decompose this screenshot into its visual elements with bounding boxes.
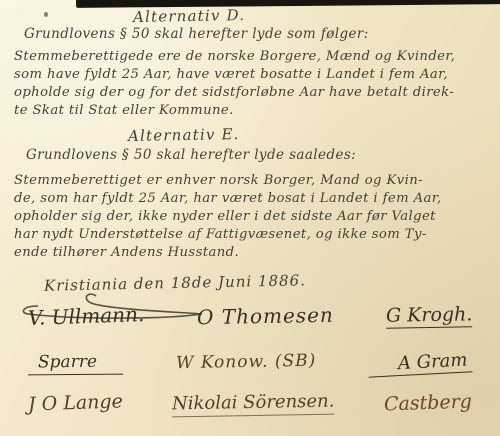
signature-text: Sparre [28, 352, 123, 376]
section-d-intro: Grundlovens § 50 skal herefter lyde som … [24, 26, 369, 42]
signature-row: V. Ullmann. O Thomesen G Krogh. [0, 304, 500, 328]
signature-text: G Krogh. [385, 303, 472, 329]
signature-text: O Thomesen [196, 303, 333, 329]
signature: W Konow. (SB) [175, 351, 316, 376]
handwritten-line: har nydt Understøttelse af Fattigvæsenet… [14, 226, 492, 244]
section-e-paragraph: Stemmeberettiget er enhver norsk Borger,… [14, 172, 492, 262]
handwritten-line: Stemmeberettiget er enhver norsk Borger,… [14, 172, 492, 190]
signature-text: A Gram [368, 349, 473, 377]
signature-text: Nikolai Sörensen. [172, 391, 335, 418]
signature: Castberg [384, 390, 473, 417]
handwritten-line: te Skat til Stat eller Kommune. [14, 102, 492, 120]
handwritten-line: Stemmeberettigede ere de norske Borgere,… [14, 48, 492, 66]
signature: Nikolai Sörensen. [172, 391, 335, 418]
section-d-heading: Alternativ D. [133, 6, 246, 26]
handwritten-line: som have fyldt 25 Aar, have været bosatt… [14, 66, 492, 84]
corner-highlight [0, 0, 80, 10]
handwritten-line: ende tilhører Andens Husstand. [14, 244, 492, 262]
signature: O Thomesen [196, 303, 333, 329]
signature-text: Castberg [384, 390, 473, 415]
signature: G Krogh. [385, 303, 472, 329]
signature-text: V. Ullmann. [28, 302, 145, 330]
signature: Sparre [28, 352, 123, 376]
signature-text: W Konow. (SB) [175, 351, 316, 373]
handwritten-line: opholder sig der, ikke nyder eller i det… [14, 208, 492, 226]
section-d-paragraph: Stemmeberettigede ere de norske Borgere,… [14, 48, 492, 120]
signature-row: Sparre W Konow. (SB) A Gram [0, 352, 500, 375]
page-top-edge [76, 0, 500, 8]
signature: A Gram [368, 349, 473, 377]
signature: V. Ullmann. [28, 302, 145, 330]
manuscript-page: Alternativ D. Grundlovens § 50 skal here… [0, 0, 500, 436]
section-e-heading: Alternativ E. [128, 125, 240, 145]
handwritten-line: opholde sig der og for det sidstforløbne… [14, 84, 492, 102]
signature-text: J O Lange [28, 390, 124, 415]
section-e-intro: Grundlovens § 50 skal herefter lyde saal… [26, 147, 356, 163]
ink-speck [44, 12, 48, 17]
handwritten-line: de, som har fyldt 25 Aar, har været bosa… [14, 190, 492, 208]
dateline: Kristiania den 18de Juni 1886. [44, 271, 306, 294]
signature-row: J O Lange Nikolai Sörensen. Castberg [0, 392, 500, 416]
signature: J O Lange [28, 390, 124, 417]
